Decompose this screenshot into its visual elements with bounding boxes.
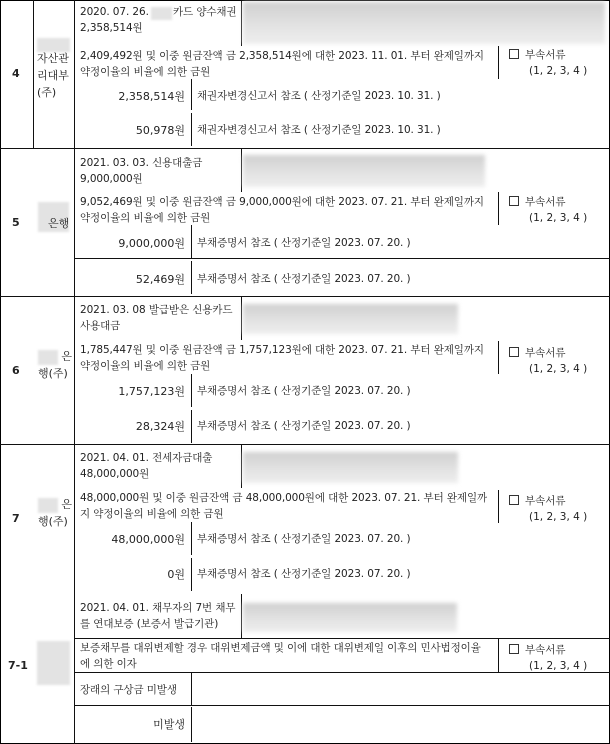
sub-row-divider — [75, 705, 610, 706]
amount-divider — [191, 261, 192, 294]
amount-divider — [191, 79, 192, 110]
attachment: 부속서류 (1, 2, 3, 4 ) — [509, 642, 587, 674]
attachment-label: 부속서류 — [525, 347, 566, 359]
sub-row-divider — [75, 672, 610, 673]
attachment-numbers: (1, 2, 3, 4 ) — [509, 361, 587, 377]
attachment-label: 부속서류 — [525, 495, 566, 507]
cause-line1: 2021. 03. 08 발급받은 신용카드 — [80, 302, 232, 318]
attachment-numbers: (1, 2, 3, 4 ) — [509, 63, 587, 79]
amount-divider — [191, 225, 192, 258]
creditor-line: 행(주) — [38, 513, 72, 530]
attach-divider — [498, 341, 499, 374]
cause-line2: 48,000,000원 — [80, 466, 149, 482]
cause-amount: 2,358,514원 — [80, 20, 143, 36]
redacted-block — [243, 452, 458, 483]
cause-divider — [241, 297, 242, 340]
attachment-checkbox[interactable] — [509, 644, 519, 654]
attachment: 부속서류 (1, 2, 3, 4 ) — [509, 47, 587, 79]
attach-divider — [498, 638, 499, 672]
sub-row-divider — [75, 258, 610, 259]
principal-note: 부채증명서 참조 ( 산정기준일 2023. 07. 20. ) — [197, 531, 411, 547]
amount-divider — [191, 522, 192, 555]
cause-suffix: 카드 양수채권 — [173, 4, 237, 20]
cause-divider — [241, 149, 242, 192]
attach-divider — [498, 490, 499, 523]
creditor-line: 행(주) — [38, 365, 72, 382]
redacted-block — [243, 155, 485, 187]
creditor-line: 리대부 — [37, 67, 69, 84]
attachment-numbers: (1, 2, 3, 4 ) — [509, 210, 587, 226]
cause-line2: 9,000,000원 — [80, 171, 143, 187]
interest-note: 부채증명서 참조 ( 산정기준일 2023. 07. 20. ) — [197, 418, 411, 434]
amount-divider — [191, 374, 192, 407]
row-divider — [0, 148, 610, 149]
cause-line2: 를 연대보증 (보증서 발급기관) — [80, 616, 218, 632]
not-incurred: 미발생 — [75, 716, 185, 732]
creditor-name: 은행 — [48, 215, 69, 232]
claim-content-line1: 2,409,492원 및 이중 원금잔액 금 2,358,514원에 대한 20… — [80, 48, 484, 64]
attach-divider — [498, 192, 499, 225]
redacted-block — [243, 304, 458, 334]
cause-divider — [241, 1, 242, 46]
row-number: 7 — [12, 512, 20, 525]
cause-line1: 2021. 04. 01. 전세자금대출 — [80, 450, 212, 466]
amount-divider — [191, 707, 192, 742]
amount-divider — [191, 113, 192, 146]
interest-note: 채권자변경신고서 참조 ( 산정기준일 2023. 10. 31. ) — [197, 122, 441, 138]
principal-note: 부채증명서 참조 ( 산정기준일 2023. 07. 20. ) — [197, 235, 411, 251]
creditor-line: 은 — [38, 348, 72, 365]
redacted-name — [37, 641, 70, 685]
creditor-line: 은 — [38, 496, 72, 513]
sub-row-divider — [75, 638, 610, 639]
creditor-name: 은 행(주) — [38, 496, 72, 530]
attachment: 부속서류 (1, 2, 3, 4 ) — [509, 194, 587, 226]
attachment-checkbox[interactable] — [509, 495, 519, 505]
future-indemnity: 장래의 구상금 미발생 — [80, 682, 177, 698]
attachment-checkbox[interactable] — [509, 347, 519, 357]
claim-content-line1: 9,052,469원 및 이중 원금잔액 금 9,000,000원에 대한 20… — [80, 194, 484, 210]
attachment-label: 부속서류 — [525, 644, 566, 656]
row-number: 6 — [12, 364, 20, 377]
redacted-block — [243, 2, 605, 44]
claim-content-line2: 약정이율의 비율에 의한 금원 — [80, 210, 210, 226]
attach-divider — [498, 46, 499, 79]
creditor-name: 자산관 리대부 (주) — [37, 50, 69, 101]
interest-amount: 28,324원 — [75, 418, 185, 434]
interest-amount: 52,469원 — [75, 271, 185, 287]
row-divider — [0, 296, 610, 297]
principal-amount: 2,358,514원 — [75, 88, 185, 104]
row-number: 7-1 — [8, 659, 28, 672]
attachment: 부속서류 (1, 2, 3, 4 ) — [509, 493, 587, 525]
claim-content-line1: 1,785,447원 및 이중 원금잔액 금 1,757,123원에 대한 20… — [80, 342, 484, 358]
row-number: 5 — [12, 216, 20, 229]
amount-divider — [191, 672, 192, 705]
cause-line1: 2021. 03. 03. 신용대출금 — [80, 155, 202, 171]
principal-note: 채권자변경신고서 참조 ( 산정기준일 2023. 10. 31. ) — [197, 88, 441, 104]
cause-date: 2020. 07. 26. — [80, 4, 149, 20]
cause-divider — [241, 445, 242, 488]
claim-content-line2: 약정이율의 비율에 의한 금원 — [80, 358, 210, 374]
col-divider — [33, 0, 34, 148]
cause-line2: 사용대금 — [80, 318, 120, 334]
creditor-line: (주) — [37, 84, 69, 101]
creditor-line: 자산관 — [37, 50, 69, 67]
row-number: 4 — [12, 67, 20, 80]
attachment: 부속서류 (1, 2, 3, 4 ) — [509, 345, 587, 377]
principal-amount: 1,757,123원 — [75, 383, 185, 399]
claim-content-line1: 48,000,000원 및 이중 원금잔액 금 48,000,000원에 대한 … — [80, 490, 487, 506]
creditor-name: 은 행(주) — [38, 348, 72, 382]
cause-divider — [241, 594, 242, 638]
principal-amount: 48,000,000원 — [75, 531, 185, 547]
interest-amount: 0원 — [75, 566, 185, 582]
amount-divider — [191, 410, 192, 443]
cause-line1: 2021. 04. 01. 채무자의 7번 채무 — [80, 600, 235, 616]
principal-note: 부채증명서 참조 ( 산정기준일 2023. 07. 20. ) — [197, 383, 411, 399]
interest-note: 부채증명서 참조 ( 산정기준일 2023. 07. 20. ) — [197, 271, 411, 287]
amount-divider — [191, 558, 192, 591]
row-divider — [0, 444, 610, 445]
claim-content-line2: 에 의한 이자 — [80, 656, 137, 672]
attachment-checkbox[interactable] — [509, 196, 519, 206]
interest-amount: 50,978원 — [75, 122, 185, 138]
principal-amount: 9,000,000원 — [75, 235, 185, 251]
redacted-card — [151, 7, 172, 20]
attachment-label: 부속서류 — [525, 196, 566, 208]
claim-content-line1: 보증채무를 대위변제할 경우 대위변제금액 및 이에 대한 대위변제일 이후의 … — [80, 640, 481, 656]
claim-content-line2: 약정이율의 비율에 의한 금원 — [80, 64, 210, 80]
attachment-checkbox[interactable] — [509, 49, 519, 59]
attachment-numbers: (1, 2, 3, 4 ) — [509, 509, 587, 525]
claim-content-line2: 지 약정이율의 비율에 의한 금원 — [80, 506, 224, 522]
interest-note: 부채증명서 참조 ( 산정기준일 2023. 07. 20. ) — [197, 566, 411, 582]
redacted-block — [243, 603, 457, 632]
attachment-label: 부속서류 — [525, 49, 566, 61]
col-divider — [74, 0, 75, 744]
